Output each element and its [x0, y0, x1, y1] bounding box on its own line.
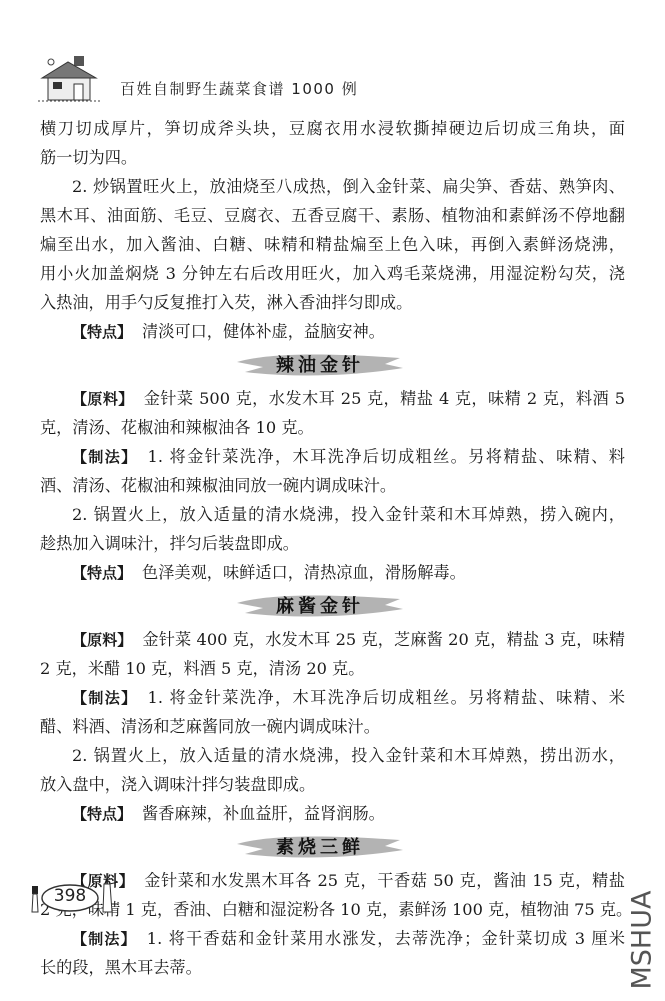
ingredients-line: 【原料】金针菜 400 克，水发木耳 25 克，芝麻酱 20 克，精盐 3 克，… — [40, 625, 625, 654]
ingredients-line: 【原料】金针菜和水发黑木耳各 25 克，干香菇 50 克，酱油 15 克，精盐 — [40, 866, 625, 895]
text-line: 煸至出水，加入酱油、白糖、味精和精盐煸至上色入味，再倒入素鲜汤烧沸， — [40, 230, 625, 259]
text-line: 黑木耳、油面筋、毛豆、豆腐衣、五香豆腐干、素肠、植物油和素鲜汤不停地翻 — [40, 201, 625, 230]
feature-label: 【特点】 — [72, 805, 132, 823]
feature-label: 【特点】 — [72, 323, 132, 341]
text-line: 横刀切成厚片，笋切成斧头块，豆腐衣用水浸软撕掉硬边后切成三角块，面 — [40, 114, 625, 143]
text-line: 用小火加盖焖烧 3 分钟左右后改用旺火，加入鸡毛菜烧沸，用湿淀粉勾芡，浇 — [40, 259, 625, 288]
text-line: 入热油，用手勺反复推打入芡，淋入香油拌匀即成。 — [40, 288, 625, 317]
recipe-title: 素烧三鲜 — [235, 833, 405, 859]
method-line: 【制法】1. 将干香菇和金针菜用水涨发，去蒂洗净；金针菜切成 3 厘米 — [40, 924, 625, 953]
method-line: 【制法】1. 将金针菜洗净，木耳洗净后切成粗丝。另将精盐、味精、米 — [40, 683, 625, 712]
feature-text: 清淡可口，健体补虚，益脑安神。 — [142, 322, 385, 341]
book-title: 百姓自制野生蔬菜食谱 1000 例 — [120, 78, 358, 99]
text-line: 克，清汤、花椒油和辣椒油各 10 克。 — [40, 413, 625, 442]
method-label: 【制法】 — [72, 448, 138, 466]
text-line: 2. 锅置火上，放入适量的清水烧沸，投入金针菜和木耳焯熟，捞出沥水， — [40, 741, 625, 770]
method-label: 【制法】 — [72, 930, 137, 948]
recipe-title: 辣油金针 — [235, 351, 405, 377]
text-line: 筋一切为四。 — [40, 143, 625, 172]
page-body: 横刀切成厚片，笋切成斧头块，豆腐衣用水浸软撕掉硬边后切成三角块，面 筋一切为四。… — [40, 114, 625, 982]
text-line: 酒、清汤、花椒油和辣椒油同放一碗内调成味汁。 — [40, 471, 625, 500]
ingredients-line: 【原料】金针菜 500 克，水发木耳 25 克，精盐 4 克，味精 2 克，料酒… — [40, 384, 625, 413]
text-line: 2 克，米醋 10 克，料酒 5 克，清汤 20 克。 — [40, 654, 625, 683]
text-line: 2. 锅置火上，放入适量的清水烧沸，投入金针菜和木耳焯熟，捞入碗内， — [40, 500, 625, 529]
method-label: 【制法】 — [72, 689, 138, 707]
feature-line: 【特点】酱香麻辣，补血益肝，益肾润肠。 — [40, 799, 625, 828]
ingredients-label: 【原料】 — [72, 390, 134, 408]
recipe-heading: 麻酱金针 — [40, 587, 625, 625]
text-line: 醋、料酒、清汤和芝麻酱同放一碗内调成味汁。 — [40, 712, 625, 741]
feature-line: 【特点】色泽美观，味鲜适口，清热凉血，滑肠解毒。 — [40, 558, 625, 587]
method-line: 【制法】1. 将金针菜洗净，木耳洗净后切成粗丝。另将精盐、味精、料 — [40, 442, 625, 471]
watermark: MSHUA — [622, 886, 662, 986]
text-line: 趁热加入调味汁，拌匀后装盘即成。 — [40, 529, 625, 558]
page-number: 398 — [28, 880, 118, 916]
recipe-title: 麻酱金针 — [235, 592, 405, 618]
running-header: 百姓自制野生蔬菜食谱 1000 例 — [38, 52, 438, 107]
text-line: 2 克，味精 1 克，香油、白糖和湿淀粉各 10 克，素鲜汤 100 克，植物油… — [40, 895, 625, 924]
text-line: 2. 炒锅置旺火上，放油烧至八成热，倒入金针菜、扁尖笋、香菇、熟笋肉、 — [40, 172, 625, 201]
feature-line: 【特点】清淡可口，健体补虚，益脑安神。 — [40, 317, 625, 346]
text-line: 长的段，黑木耳去蒂。 — [40, 953, 625, 982]
text-line: 放入盘中，浇入调味汁拌匀装盘即成。 — [40, 770, 625, 799]
recipe-heading: 素烧三鲜 — [40, 828, 625, 866]
recipe-heading: 辣油金针 — [40, 346, 625, 384]
ingredients-label: 【原料】 — [72, 631, 132, 649]
feature-label: 【特点】 — [72, 564, 132, 582]
house-icon — [38, 52, 104, 104]
